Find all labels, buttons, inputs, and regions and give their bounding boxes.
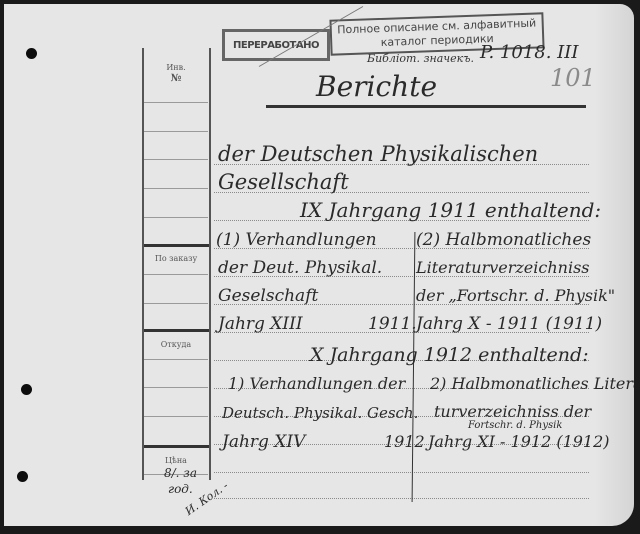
col1-1912-year: 1912 — [384, 432, 425, 451]
punch-hole-middle — [21, 384, 32, 395]
title-line1: der Deutschen Physikalischen — [218, 142, 538, 166]
col2-1911-line4: Jahrg X - 1911 (1911) — [416, 314, 602, 334]
col1-1911-line1: (1) Verhandlungen — [216, 230, 377, 250]
left-row-rule — [144, 131, 208, 132]
price-note-line2: год. — [168, 482, 193, 496]
col2-1912-line3: Jahrg XI - 1912 (1912) — [428, 432, 610, 451]
body-rule — [214, 472, 589, 473]
title-line2: Gesellschaft — [218, 170, 349, 194]
source-label: Откуда — [144, 340, 208, 349]
col1-1911-line4: Jahrg XIII — [218, 314, 303, 334]
inv-number-label: Инв. № — [144, 62, 208, 84]
left-row-rule — [144, 274, 208, 275]
card-title: Berichte — [316, 70, 437, 103]
left-column-border-right — [209, 48, 211, 480]
col2-1912-line1: 2) Halbmonatliches Litera - — [430, 374, 634, 393]
col2-1911-line1: (2) Halbmonatliches — [416, 230, 591, 250]
col1-1912-line1: 1) Verhandlungen der — [228, 374, 405, 393]
punch-hole-bottom — [17, 471, 28, 482]
left-row-rule — [144, 102, 208, 103]
body-rule — [214, 498, 589, 499]
col1-1911-year: 1911. — [368, 314, 417, 334]
col1-1912-line3: Jahrg XIV — [222, 432, 305, 452]
left-row-rule — [144, 387, 208, 388]
col2-1911-line3: der „Fortschr. d. Physik" — [416, 286, 615, 305]
inv-label-text: Инв. — [166, 63, 185, 72]
left-row-rule — [144, 159, 208, 160]
col1-1912-line2: Deutsch. Physikal. Gesch. — [222, 404, 418, 422]
volume-heading-1912: X Jahrgang 1912 enthaltend: — [310, 344, 589, 366]
left-row-rule — [144, 217, 208, 218]
left-row-rule — [144, 359, 208, 360]
source-section-divider — [144, 329, 209, 332]
order-label: По заказу — [144, 254, 208, 263]
handwritten-column-divider — [412, 232, 416, 502]
left-row-rule — [144, 416, 208, 417]
punch-hole-top — [26, 48, 37, 59]
catalog-card: Инв. № По заказу Откуда Цѣна 8/. за год.… — [4, 4, 634, 526]
number-sign: № — [171, 73, 182, 84]
col2-1911-line2: Literaturverzeichniss — [416, 258, 590, 277]
left-row-rule — [144, 188, 208, 189]
title-underline — [266, 105, 586, 108]
col1-1911-line2: der Deut. Physikal. — [218, 258, 382, 278]
price-note-line1: 8/. за — [164, 466, 197, 480]
col1-1911-line3: Geselschaft — [218, 286, 318, 306]
pencil-number: 101 — [550, 64, 596, 92]
col2-1912-insert: Fortschr. d. Physik — [468, 420, 562, 431]
shelfmark-label: Библіот. значекъ. — [367, 52, 474, 65]
volume-heading-1911: IX Jahrgang 1911 enthaltend: — [300, 198, 601, 222]
left-row-rule — [144, 303, 208, 304]
price-section-divider — [144, 445, 209, 448]
stamp-line2: каталог периодики — [381, 32, 494, 49]
order-section-divider — [144, 244, 209, 247]
col2-1912-line2: turverzeichniss der — [434, 402, 591, 421]
shelfmark-value: P. 1018. III — [480, 42, 579, 63]
price-label: Цѣна — [144, 456, 208, 465]
